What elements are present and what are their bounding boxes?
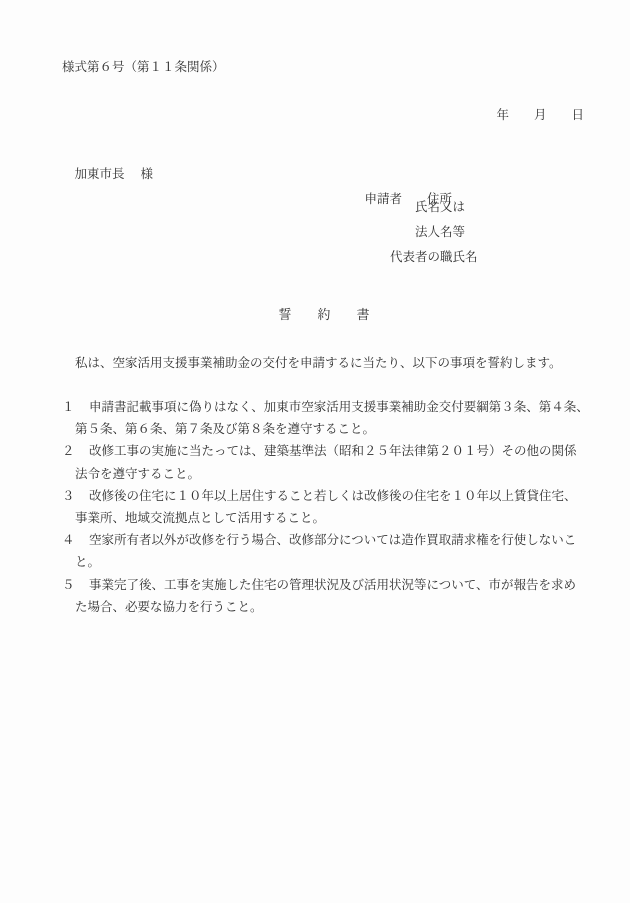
addressee-honorific: 様: [141, 167, 154, 181]
pledge-item-2: ２改修工事の実施に当たっては、建築基準法（昭和２５年法律第２０１号）その他の関係…: [62, 440, 607, 484]
applicant-representative-label: 代表者の職氏名: [390, 249, 478, 266]
pledge-document-page: 様式第６号（第１１条関係） 年 月 日 加東市長様 申請者住所 氏名又は 法人名…: [0, 0, 630, 903]
pledge-item-line: ４空家所有者以外が改修を行う場合、改修部分については造作買取請求権を行使しないこ: [62, 529, 607, 551]
pledge-item-line: ２改修工事の実施に当たっては、建築基準法（昭和２５年法律第２０１号）その他の関係: [62, 440, 607, 462]
pledge-item-line: １申請書記載事項に偽りはなく、加東市空家活用支援事業補助金交付要綱第３条、第４条…: [62, 396, 607, 418]
pledge-item-3: ３改修後の住宅に１０年以上居住すること若しくは改修後の住宅を１０年以上賃貸住宅、…: [62, 485, 607, 529]
applicant-name-label-2: 法人名等: [415, 224, 465, 241]
item-text: 改修後の住宅に１０年以上居住すること若しくは改修後の住宅を１０年以上賃貸住宅、: [89, 489, 577, 503]
item-text: 申請書記載事項に偽りはなく、加東市空家活用支援事業補助金交付要綱第３条、第４条、: [89, 400, 589, 414]
addressee-line: 加東市長様: [62, 149, 153, 200]
pledge-list: １申請書記載事項に偽りはなく、加東市空家活用支援事業補助金交付要綱第３条、第４条…: [62, 396, 607, 618]
item-number: ２: [62, 440, 89, 462]
document-title: 誓 約 書: [0, 306, 630, 324]
pledge-item-line: ５事業完了後、工事を実施した住宅の管理状況及び活用状況等について、市が報告を求め: [62, 574, 607, 596]
form-number: 様式第６号（第１１条関係）: [62, 59, 225, 76]
pledge-item-5: ５事業完了後、工事を実施した住宅の管理状況及び活用状況等について、市が報告を求め…: [62, 574, 607, 618]
pledge-item-1: １申請書記載事項に偽りはなく、加東市空家活用支援事業補助金交付要綱第３条、第４条…: [62, 396, 607, 440]
item-number: ３: [62, 485, 89, 507]
item-text: 空家所有者以外が改修を行う場合、改修部分については造作買取請求権を行使しないこ: [89, 533, 576, 547]
date-line: 年 月 日: [496, 107, 584, 124]
item-text: 改修工事の実施に当たっては、建築基準法（昭和２５年法律第２０１号）その他の関係: [89, 444, 577, 458]
item-number: ４: [62, 529, 89, 551]
item-text-continued: 法令を遵守すること。: [75, 463, 607, 485]
pledge-item-line: ３改修後の住宅に１０年以上居住すること若しくは改修後の住宅を１０年以上賃貸住宅、: [62, 485, 607, 507]
item-number: ５: [62, 574, 89, 596]
applicant-label: 申請者: [365, 192, 403, 206]
pledge-item-4: ４空家所有者以外が改修を行う場合、改修部分については造作買取請求権を行使しないこ…: [62, 529, 607, 573]
item-text-continued: 第５条、第６条、第７条及び第８条を遵守すること。: [75, 418, 607, 440]
item-text-continued: た場合、必要な協力を行うこと。: [75, 596, 607, 618]
addressee-name: 加東市長: [75, 167, 125, 181]
item-text: 事業完了後、工事を実施した住宅の管理状況及び活用状況等について、市が報告を求め: [89, 578, 576, 592]
applicant-name-label-1: 氏名又は: [415, 199, 465, 216]
item-number: １: [62, 396, 89, 418]
pledge-intro: 私は、空家活用支援事業補助金の交付を申請するに当たり、以下の事項を誓約します。: [62, 354, 592, 372]
item-text-continued: と。: [75, 551, 607, 573]
item-text-continued: 事業所、地域交流拠点として活用すること。: [75, 507, 607, 529]
